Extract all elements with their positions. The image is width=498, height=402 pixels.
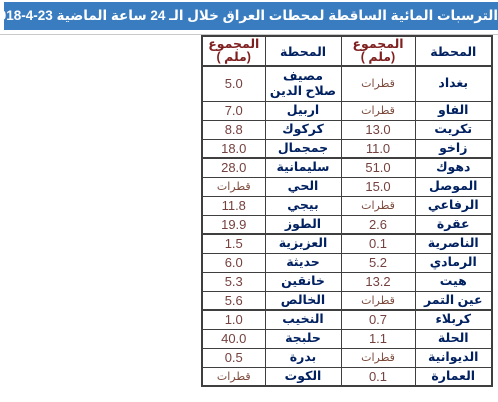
table-row: الحلة 1.1 حلبجة 40.0 (202, 329, 492, 348)
rainfall-value-cell: 13.2 (341, 272, 415, 291)
station-name-cell: الديوانية (415, 348, 492, 367)
station-name-cell: العزيزية (265, 234, 341, 253)
station-name-cell: خانقين (265, 272, 341, 291)
station-name-cell: دهوك (415, 158, 492, 177)
table-row: الرفاعي قطرات بيجي 11.8 (202, 196, 492, 215)
table-row: زاخو 11.0 جمجمال 18.0 (202, 139, 492, 158)
table-row: تكريت 13.0 كركوك 8.8 (202, 120, 492, 139)
rainfall-value-cell: 15.0 (341, 177, 415, 196)
rainfall-value-cell: 1.0 (202, 310, 265, 329)
rainfall-value-cell: 28.0 (202, 158, 265, 177)
table-body: بغداد قطرات مصيف صلاح الدين 5.0 الفاو قط… (202, 66, 492, 386)
table-row: الموصل 15.0 الحي قطرات (202, 177, 492, 196)
station-name-cell: الكوت (265, 367, 341, 386)
header-station-left: المحطة (265, 36, 341, 66)
header-total-left: المجموع (ملم ) (202, 36, 265, 66)
rainfall-value-cell: قطرات (202, 177, 265, 196)
report-page: الترسبات المائية الساقطة لمحطات العراق خ… (0, 0, 498, 402)
rainfall-value-cell: 0.5 (202, 348, 265, 367)
rainfall-value-cell: 0.1 (341, 367, 415, 386)
report-title-bar: الترسبات المائية الساقطة لمحطات العراق خ… (4, 2, 498, 30)
rainfall-value-cell: قطرات (341, 66, 415, 101)
rainfall-value-cell: 5.6 (202, 291, 265, 310)
station-name-cell: حديثة (265, 253, 341, 272)
rainfall-value-cell: 13.0 (341, 120, 415, 139)
station-name-cell: الرمادي (415, 253, 492, 272)
table-row: عقرة 2.6 الطوز 19.9 (202, 215, 492, 234)
rainfall-value-cell: قطرات (202, 367, 265, 386)
table-row: الديوانية قطرات بدرة 0.5 (202, 348, 492, 367)
table-row: عين التمر قطرات الخالص 5.6 (202, 291, 492, 310)
rainfall-value-cell: قطرات (341, 291, 415, 310)
station-name-cell: تكريت (415, 120, 492, 139)
station-name-cell: اربيل (265, 101, 341, 120)
table-row: الرمادي 5.2 حديثة 6.0 (202, 253, 492, 272)
rainfall-value-cell: 2.6 (341, 215, 415, 234)
station-name-cell: الحلة (415, 329, 492, 348)
station-name-cell: بدرة (265, 348, 341, 367)
station-name-cell: الناصرية (415, 234, 492, 253)
precipitation-table-container: المحطة المجموع (ملم ) المحطة المجموع (مل… (203, 35, 493, 387)
rainfall-value-cell: 18.0 (202, 139, 265, 158)
table-row: بغداد قطرات مصيف صلاح الدين 5.0 (202, 66, 492, 101)
table-row: الناصرية 0.1 العزيزية 1.5 (202, 234, 492, 253)
station-name-cell: زاخو (415, 139, 492, 158)
station-name-cell: بيجي (265, 196, 341, 215)
rainfall-value-cell: 1.1 (341, 329, 415, 348)
table-row: هيت 13.2 خانقين 5.3 (202, 272, 492, 291)
station-name-cell: الرفاعي (415, 196, 492, 215)
rainfall-value-cell: 51.0 (341, 158, 415, 177)
station-name-cell: عين التمر (415, 291, 492, 310)
table-row: كربلاء 0.7 النخيب 1.0 (202, 310, 492, 329)
station-name-cell: الطوز (265, 215, 341, 234)
table-row: الفاو قطرات اربيل 7.0 (202, 101, 492, 120)
station-name-cell: سليمانية (265, 158, 341, 177)
rainfall-value-cell: 1.5 (202, 234, 265, 253)
station-name-cell: الحي (265, 177, 341, 196)
station-name-cell: جمجمال (265, 139, 341, 158)
rainfall-value-cell: قطرات (341, 348, 415, 367)
rainfall-value-cell: قطرات (341, 101, 415, 120)
rainfall-value-cell: 0.1 (341, 234, 415, 253)
table-row: دهوك 51.0 سليمانية 28.0 (202, 158, 492, 177)
rainfall-value-cell: قطرات (341, 196, 415, 215)
rainfall-value-cell: 19.9 (202, 215, 265, 234)
station-name-cell: الموصل (415, 177, 492, 196)
station-name-cell: مصيف صلاح الدين (265, 66, 341, 101)
rainfall-value-cell: 11.8 (202, 196, 265, 215)
rainfall-value-cell: 5.2 (341, 253, 415, 272)
station-name-cell: كربلاء (415, 310, 492, 329)
rainfall-value-cell: 5.3 (202, 272, 265, 291)
header-total-right: المجموع (ملم ) (341, 36, 415, 66)
rainfall-value-cell: 0.7 (341, 310, 415, 329)
station-name-cell: هيت (415, 272, 492, 291)
station-name-cell: بغداد (415, 66, 492, 101)
station-name-cell: عقرة (415, 215, 492, 234)
rainfall-value-cell: 6.0 (202, 253, 265, 272)
rainfall-value-cell: 11.0 (341, 139, 415, 158)
station-name-cell: حلبجة (265, 329, 341, 348)
precipitation-table: المحطة المجموع (ملم ) المحطة المجموع (مل… (201, 35, 493, 387)
station-name-cell: كركوك (265, 120, 341, 139)
table-header-row: المحطة المجموع (ملم ) المحطة المجموع (مل… (202, 36, 492, 66)
station-name-cell: الخالص (265, 291, 341, 310)
table-row: العمارة 0.1 الكوت قطرات (202, 367, 492, 386)
station-name-cell: الفاو (415, 101, 492, 120)
rainfall-value-cell: 5.0 (202, 66, 265, 101)
station-name-cell: النخيب (265, 310, 341, 329)
rainfall-value-cell: 40.0 (202, 329, 265, 348)
header-station-right: المحطة (415, 36, 492, 66)
rainfall-value-cell: 7.0 (202, 101, 265, 120)
station-name-cell: العمارة (415, 367, 492, 386)
rainfall-value-cell: 8.8 (202, 120, 265, 139)
